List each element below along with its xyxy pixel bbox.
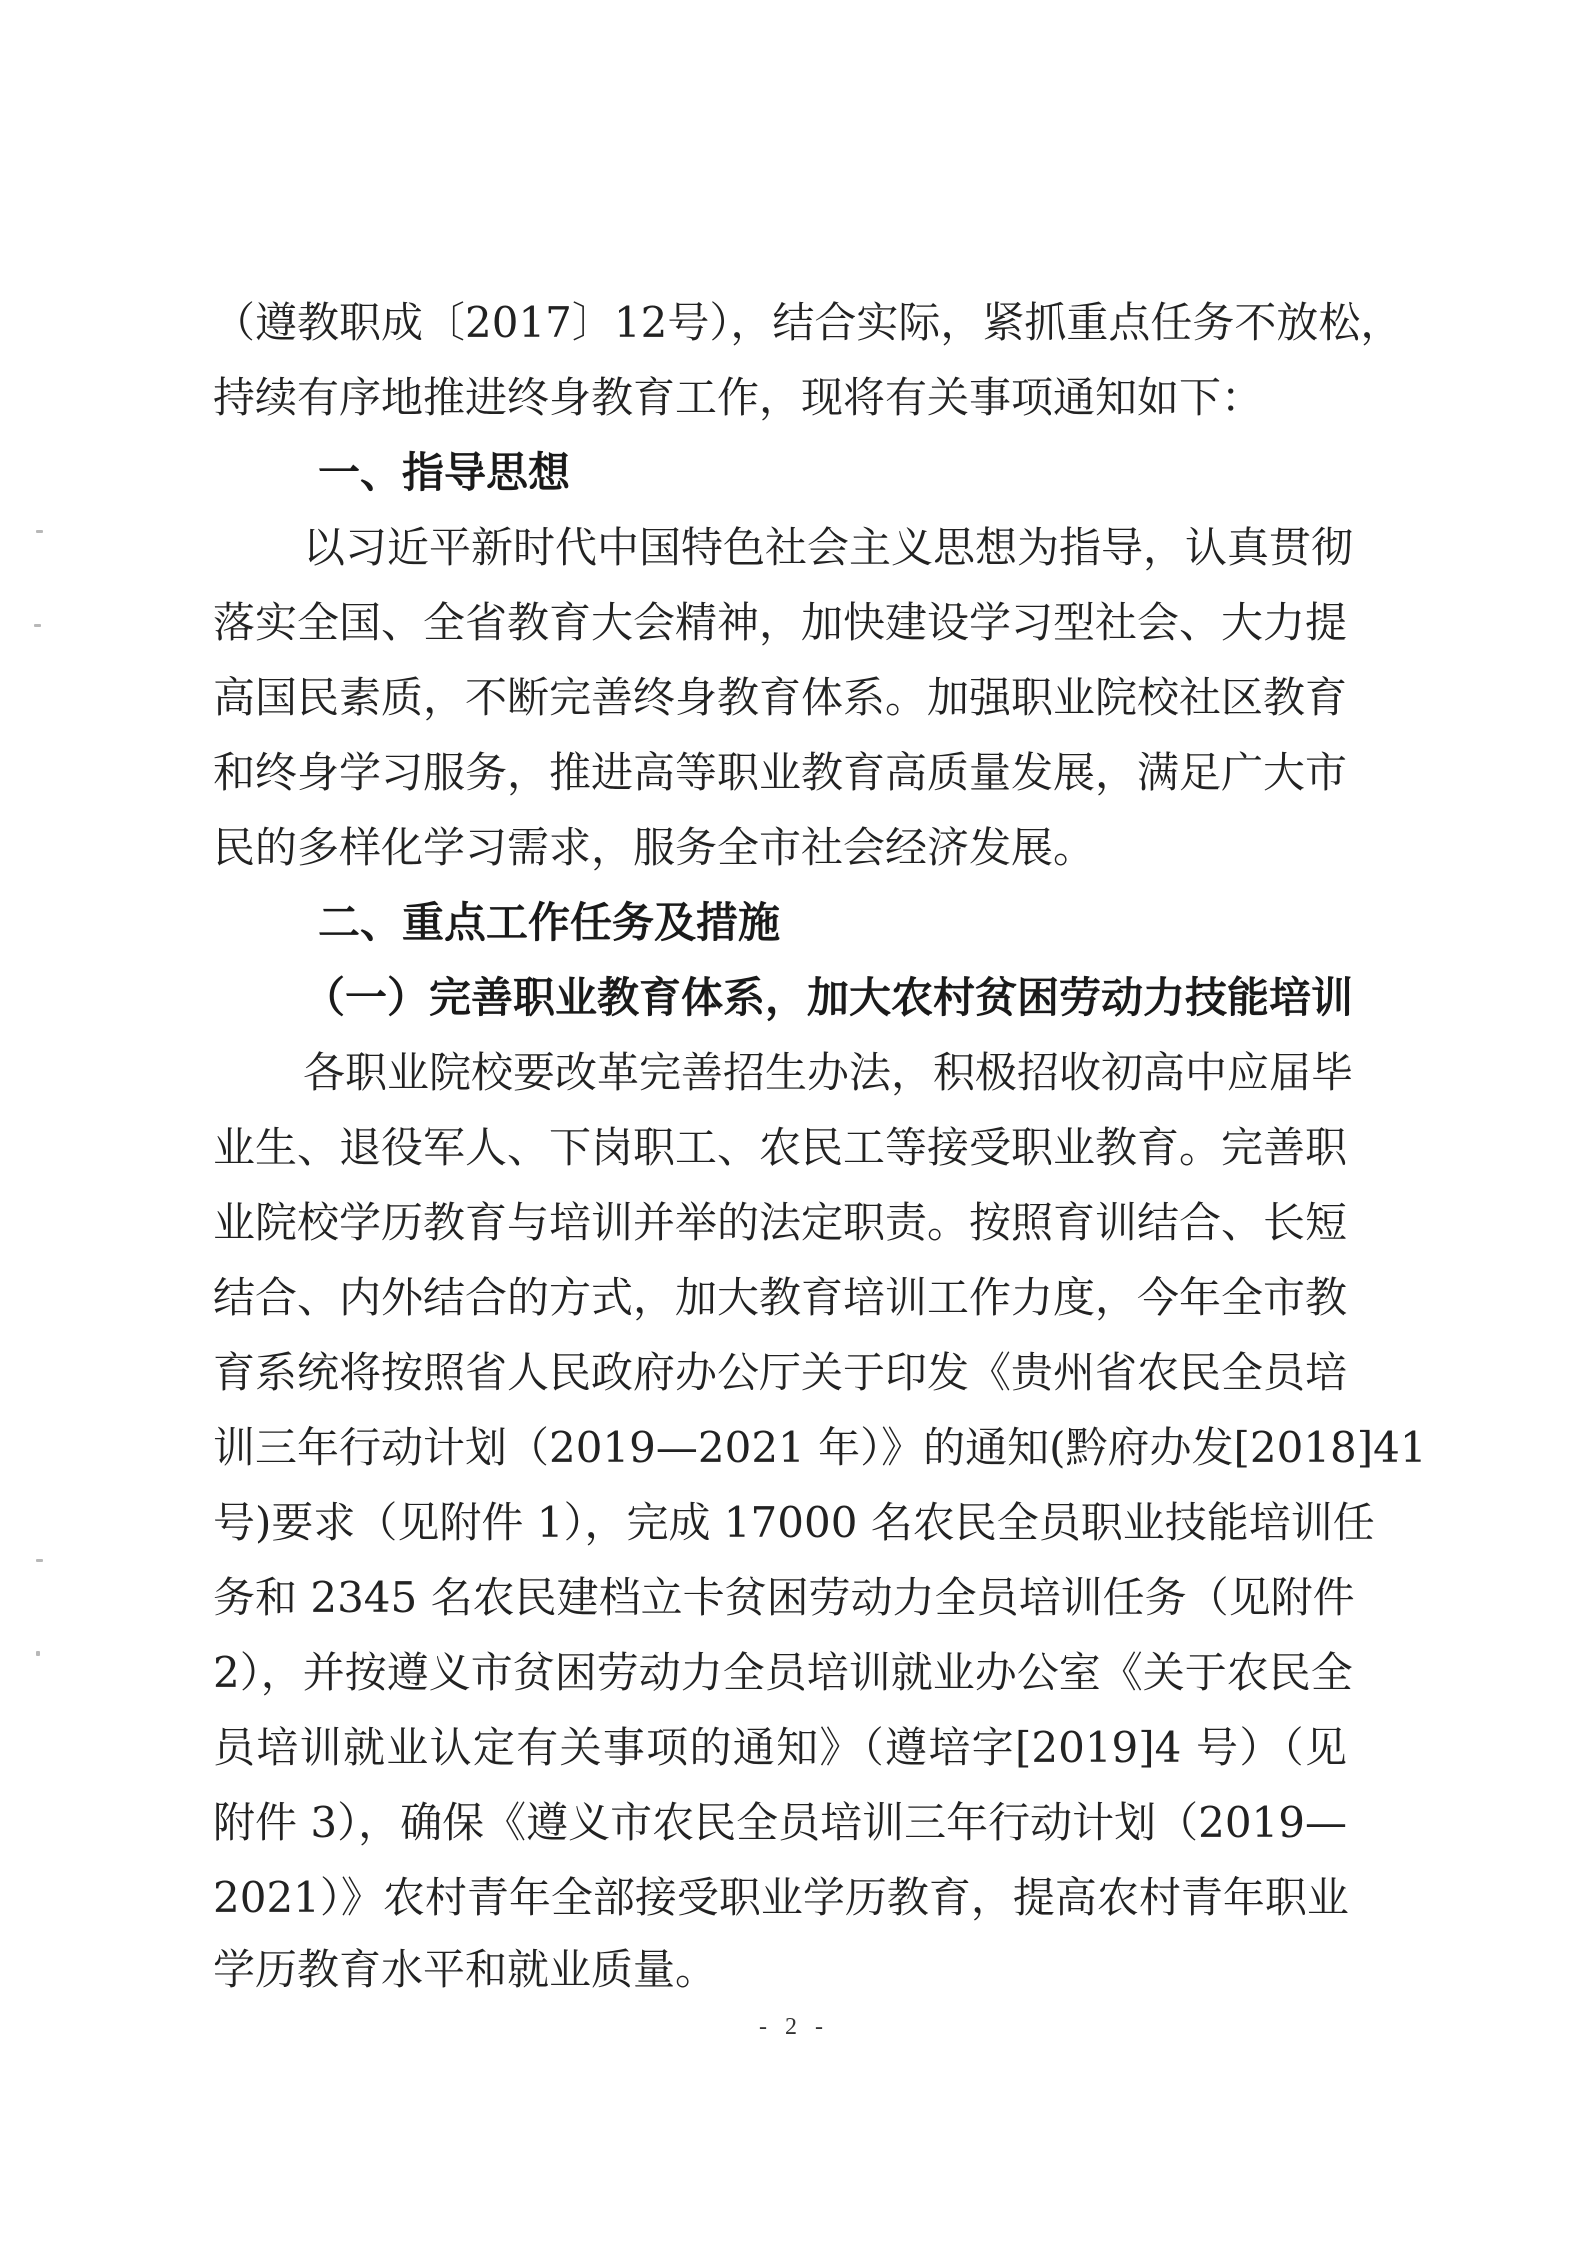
body-line: 和终身学习服务，推进高等职业教育高质量发展，满足广大市 (213, 743, 1347, 803)
body-line: 育系统将按照省人民政府办公厅关于印发《贵州省农民全员培 (213, 1343, 1347, 1403)
body-line: 2021）》农村青年全部接受职业学历教育，提高农村青年职业 (213, 1868, 1347, 1928)
body-line: 民的多样化学习需求，服务全市社会经济发展。 (213, 818, 1347, 878)
subsection-heading: （一）完善职业教育体系，加大农村贫困劳动力技能培训 (303, 968, 1347, 1028)
body-line: 训三年行动计划（2019—2021 年）》的通知(黔府办发[2018]41 (213, 1418, 1347, 1478)
scan-mark (36, 1651, 40, 1656)
scan-mark (36, 530, 43, 533)
body-line: 各职业院校要改革完善招生办法，积极招收初高中应届毕 (303, 1043, 1347, 1103)
body-line: 高国民素质，不断完善终身教育体系。加强职业院校社区教育 (213, 668, 1347, 728)
body-line: 落实全国、全省教育大会精神，加快建设学习型社会、大力提 (213, 593, 1347, 653)
body-line: 学历教育水平和就业质量。 (213, 1940, 1347, 2000)
body-line: 持续有序地推进终身教育工作，现将有关事项通知如下： (213, 368, 1347, 428)
body-line: 结合、内外结合的方式，加大教育培训工作力度，今年全市教 (213, 1268, 1347, 1328)
body-line: 务和 2345 名农民建档立卡贫困劳动力全员培训任务（见附件 (213, 1568, 1347, 1628)
body-line: 员培训就业认定有关事项的通知》（遵培字[2019]4 号）（见 (213, 1718, 1347, 1778)
section-heading-key-tasks: 二、重点工作任务及措施 (318, 893, 1452, 953)
section-heading-guiding-ideology: 一、指导思想 (318, 443, 1452, 503)
body-line: 业生、退役军人、下岗职工、农民工等接受职业教育。完善职 (213, 1118, 1347, 1178)
scan-mark (34, 624, 41, 627)
body-line: 号)要求（见附件 1），完成 17000 名农民全员职业技能培训任 (213, 1493, 1347, 1553)
body-line: （遵教职成〔2017〕12号），结合实际，紧抓重点任务不放松， (213, 293, 1347, 353)
body-line: 附件 3），确保《遵义市农民全员培训三年行动计划（2019— (213, 1793, 1347, 1853)
page-number: - 2 - (744, 2014, 844, 2041)
document-page: （遵教职成〔2017〕12号），结合实际，紧抓重点任务不放松， 持续有序地推进终… (0, 0, 1588, 2244)
body-line: 业院校学历教育与培训并举的法定职责。按照育训结合、长短 (213, 1193, 1347, 1253)
body-line: 2），并按遵义市贫困劳动力全员培训就业办公室《关于农民全 (213, 1643, 1347, 1703)
scan-mark (36, 1559, 43, 1562)
body-line: 以习近平新时代中国特色社会主义思想为指导，认真贯彻 (303, 518, 1347, 578)
